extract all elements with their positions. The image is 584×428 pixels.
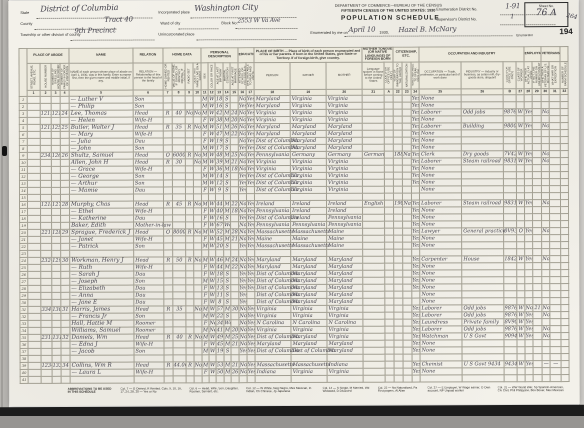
cell (393, 95, 402, 102)
cell (385, 221, 394, 228)
column-header: CLASS OF WORKER (516, 62, 524, 89)
cell (402, 144, 411, 151)
cell (525, 241, 533, 248)
cell (52, 299, 61, 306)
cell (52, 271, 61, 278)
cell (532, 122, 541, 129)
cell: F (202, 271, 209, 278)
ward-value: Tract 40 (104, 15, 133, 24)
cell: W (517, 333, 525, 340)
cell (60, 166, 69, 173)
cell: Yes (412, 312, 420, 319)
cell: F (202, 320, 209, 327)
row-number: 12 (569, 171, 570, 178)
cell: 44 (216, 201, 224, 208)
cell (363, 172, 385, 179)
cell (185, 159, 193, 166)
cell (403, 291, 412, 298)
cell: 15 (216, 278, 224, 285)
row-number: 33 (20, 320, 28, 327)
cell (363, 319, 385, 326)
cell (549, 101, 560, 108)
cell (533, 269, 542, 276)
cell: Dist of Columbia (255, 347, 291, 354)
cell (41, 376, 52, 383)
cell: 12 (215, 180, 223, 187)
row-number: 19 (569, 220, 570, 227)
cell: No (238, 158, 246, 165)
row-number: 17 (569, 206, 570, 213)
cell (28, 369, 41, 376)
cell (550, 157, 561, 164)
cell: M (224, 264, 231, 271)
cell (164, 250, 173, 257)
cell: R (185, 201, 193, 208)
cell: 22 (231, 201, 239, 208)
cell: Yes (239, 291, 247, 298)
cell (40, 187, 51, 194)
cell: Yes (246, 151, 254, 158)
cell (384, 123, 393, 130)
cell: Yes (247, 235, 255, 242)
cell (185, 138, 193, 145)
cell: Yes (412, 172, 420, 179)
cell (60, 103, 69, 110)
cell (549, 122, 560, 129)
cell (362, 130, 384, 137)
cell (561, 297, 569, 304)
cell: Dist of Columbia (255, 333, 291, 340)
cell: 51 (215, 124, 223, 131)
cell (533, 374, 542, 381)
cell (28, 257, 41, 264)
enumerator-line (344, 34, 512, 37)
cell (52, 313, 61, 320)
cell (173, 369, 186, 376)
cell (504, 298, 517, 305)
cell: Yes (412, 242, 420, 249)
cell (525, 206, 533, 213)
cell (403, 263, 412, 270)
cell (363, 326, 385, 333)
cell (27, 187, 40, 194)
cell: No (239, 368, 247, 375)
cell: No (239, 326, 247, 333)
cell (52, 236, 61, 243)
cell: 13 (216, 285, 224, 292)
cell: No (238, 130, 246, 137)
cell: F (202, 299, 209, 306)
column-group-header (560, 47, 568, 62)
cell: R (186, 362, 194, 369)
cell (363, 249, 385, 256)
column-header: FATHER (290, 62, 326, 89)
cell (51, 159, 60, 166)
cell: M (224, 201, 231, 208)
township-value: 9th Precinct (74, 26, 115, 35)
cell (542, 374, 550, 381)
cell: F (202, 236, 209, 243)
cell: W (208, 145, 215, 152)
cell (533, 255, 542, 262)
cell (363, 298, 385, 305)
cell: Yes (239, 179, 247, 186)
cell: Yes (246, 144, 254, 151)
cell: Yes (412, 270, 420, 277)
cell (41, 292, 52, 299)
cell (193, 103, 201, 110)
cell (51, 166, 60, 173)
cell: No (194, 257, 202, 264)
cell: M (223, 152, 230, 159)
cell: 29 (61, 229, 70, 236)
cell (163, 117, 172, 124)
cell (163, 173, 172, 180)
cell: S (224, 299, 231, 306)
cell: 45 (216, 341, 224, 348)
cell (193, 180, 201, 187)
cell: M (223, 159, 230, 166)
cell (394, 305, 403, 312)
cell (542, 262, 550, 269)
cell (541, 129, 549, 136)
cell: No (193, 110, 201, 117)
cell: Yes (247, 312, 255, 319)
cell (385, 193, 394, 200)
cell (363, 263, 385, 270)
footer-legend-block: Col. 31 — WW World War, Sp Spanish-Ameri… (498, 386, 568, 401)
cell: W (209, 208, 216, 215)
cell (194, 348, 202, 355)
column-header: CODE (FOR OFFICE USE ONLY) (384, 62, 393, 89)
cell: Dist of Columbia (255, 291, 291, 298)
row-number: 13 (569, 178, 570, 185)
row-number: 15 (19, 194, 27, 201)
population-schedule-table: PLACE OF ABODENAMERELATIONHOME DATAPERSO… (18, 46, 569, 384)
column-header: NUMBER OF FARM SCHEDULE (560, 61, 568, 88)
township-line (70, 38, 154, 40)
cell: No (238, 95, 246, 102)
cell (560, 94, 568, 101)
cell: 9876 (504, 326, 517, 333)
column-header: STREET, AVENUE, ROAD, ETC. (27, 63, 40, 90)
cell (363, 305, 385, 312)
row-number: 23 (20, 250, 28, 257)
cell (173, 285, 186, 292)
cell: 133 (52, 362, 61, 369)
incorporated-place-value: Washington City (194, 3, 258, 13)
cell (561, 171, 569, 178)
cell: 21 (231, 236, 239, 243)
column-header: NUMBER OF FAMILY IN ORDER OF VISITATION (60, 63, 69, 90)
cell: 131 (52, 334, 61, 341)
cell (560, 115, 568, 122)
cell: No (194, 334, 202, 341)
cell (61, 292, 70, 299)
column-header: NUMBER OF DWELLING HOUSE IN ORDER OF VIS… (51, 63, 60, 90)
cell (164, 348, 173, 355)
cell: M (223, 131, 230, 138)
cell (549, 143, 560, 150)
cell (525, 185, 533, 192)
cell (403, 242, 412, 249)
row-number: 33 (569, 318, 570, 325)
cell: 30 (61, 257, 70, 264)
cell (525, 164, 533, 171)
cell (403, 172, 412, 179)
cell (51, 103, 60, 110)
cell (560, 129, 568, 136)
cell (403, 361, 412, 368)
cell: 9094 (504, 333, 517, 340)
row-number: 11 (19, 166, 27, 173)
cell (550, 234, 561, 241)
row-number-header (19, 48, 27, 96)
cell (27, 117, 40, 124)
cell: No (542, 304, 550, 311)
cell (231, 243, 239, 250)
column-header: AGE AT FIRST MARRIAGE (230, 63, 238, 90)
cell (533, 262, 542, 269)
cell: 22 (231, 264, 239, 271)
column-header: AGE AT LAST BIRTHDAY (215, 63, 223, 90)
cell (516, 137, 524, 144)
cell (194, 299, 202, 306)
cell: Yes (411, 109, 419, 116)
cell (403, 284, 412, 291)
cell (517, 354, 525, 361)
cell (542, 318, 550, 325)
cell (194, 243, 202, 250)
cell (560, 143, 568, 150)
cell: Massachusetts (291, 361, 327, 368)
cell: Yes (524, 122, 532, 129)
cell (561, 150, 569, 157)
cell: 35 (172, 124, 185, 131)
cell (52, 327, 61, 334)
cell: Yes (525, 332, 533, 339)
cell (231, 271, 239, 278)
cell (193, 96, 201, 103)
cell (41, 250, 52, 257)
cell (550, 304, 561, 311)
cell (40, 194, 51, 201)
cell (41, 313, 52, 320)
cell (394, 207, 403, 214)
cell: No (542, 325, 550, 332)
cell (504, 270, 517, 277)
cell: S (224, 292, 231, 299)
cell (41, 278, 52, 285)
cell (173, 376, 186, 383)
cell: O (517, 228, 525, 235)
cell (394, 333, 403, 340)
cell: M (224, 257, 231, 264)
cell: W (209, 278, 216, 285)
cell (363, 277, 385, 284)
cell: W (208, 187, 215, 194)
cell: 9876 (504, 305, 517, 312)
cell (52, 264, 61, 271)
cell (51, 117, 60, 124)
cell (517, 179, 525, 186)
cell (52, 285, 61, 292)
cell (561, 213, 569, 220)
cell (550, 367, 561, 374)
cell: 36 (215, 166, 223, 173)
cell: 22 (216, 313, 224, 320)
cell (60, 159, 69, 166)
cell (516, 102, 524, 109)
cell (504, 284, 517, 291)
cell: Yes (412, 200, 420, 207)
cell (393, 109, 402, 116)
cell (385, 242, 394, 249)
cell (503, 116, 516, 123)
cell (40, 117, 51, 124)
cell (185, 180, 193, 187)
cell: 39 (215, 159, 223, 166)
cell: U S Govt 9434 (462, 361, 504, 368)
cell: No (238, 109, 246, 116)
cell (163, 194, 172, 201)
cell: Yes (412, 228, 420, 235)
cell (172, 138, 185, 145)
cell (363, 207, 385, 214)
cell (517, 214, 525, 221)
cell (27, 138, 40, 145)
cell: Dist of Columbia (255, 277, 291, 284)
cell (173, 250, 186, 257)
cell (40, 138, 51, 145)
ward-line (178, 27, 218, 29)
cell: 9800 (503, 123, 516, 130)
cell: F (201, 138, 208, 145)
cell (394, 263, 403, 270)
cell: Yes (411, 102, 419, 109)
cell (533, 164, 542, 171)
cell (412, 354, 420, 361)
cell (172, 131, 185, 138)
cell: W (209, 285, 216, 292)
cell (231, 215, 239, 222)
cell (231, 299, 239, 306)
cell: M (202, 334, 209, 341)
row-number: 13 (19, 180, 27, 187)
cell: 9831 (504, 200, 517, 207)
cell (172, 187, 185, 194)
cell: Yes (411, 123, 419, 130)
cell: Massachusetts (291, 242, 327, 249)
column-group-header: RELATION (133, 48, 163, 63)
cell (532, 150, 541, 157)
cell: Yes (412, 347, 420, 354)
cell (524, 115, 532, 122)
cell: Dist of Columbia (255, 270, 291, 277)
column-group-header: HOME DATA (163, 48, 201, 63)
cell: 20 (230, 117, 238, 124)
cell (28, 215, 41, 222)
cell (533, 213, 542, 220)
column-header: OCCUPATION — Trade, profession, or parti… (419, 62, 461, 89)
cell (247, 186, 255, 193)
cell (385, 214, 394, 221)
cell (542, 234, 550, 241)
cell (164, 320, 173, 327)
cell (52, 278, 61, 285)
cell (550, 353, 561, 360)
cell (216, 355, 224, 362)
cell (394, 228, 403, 235)
cell: W (208, 110, 215, 117)
cell: R (186, 334, 194, 341)
cell (61, 285, 70, 292)
cell: Dist of Columbia (255, 214, 291, 221)
cell (504, 291, 517, 298)
column-group-header: CITIZENSHIP, ETC. (393, 47, 419, 62)
cell: No (239, 256, 247, 263)
cell: Na (402, 151, 411, 158)
cell: Yes (412, 305, 420, 312)
cell: Yes (525, 227, 533, 234)
cell (550, 171, 561, 178)
cell (163, 180, 172, 187)
cell: W (517, 326, 525, 333)
cell (194, 327, 202, 334)
cell (51, 194, 60, 201)
cell (420, 375, 462, 382)
cell: No (542, 199, 550, 206)
cell: Yes (412, 277, 420, 284)
ward-label: Ward of city (160, 21, 180, 25)
cell (525, 213, 533, 220)
cell (362, 102, 384, 109)
cell (561, 269, 569, 276)
cell: Pennsylvania (327, 214, 363, 221)
cell (363, 165, 385, 172)
cell: F (201, 187, 208, 194)
cell (550, 255, 561, 262)
cell: 25 (231, 334, 239, 341)
cell (542, 178, 550, 185)
cell (384, 109, 393, 116)
table-row: 4141 (20, 374, 570, 383)
cell (403, 270, 412, 277)
cell (393, 130, 402, 137)
cell: No (239, 263, 247, 270)
cell (164, 243, 173, 250)
cell: R (163, 159, 172, 166)
cell: Dist of Columbia (255, 284, 291, 291)
cell (403, 256, 412, 263)
cell (549, 115, 560, 122)
cell (164, 313, 173, 320)
cell (224, 355, 231, 362)
cell (516, 116, 524, 123)
cell (247, 298, 255, 305)
cell (542, 164, 550, 171)
cell (394, 368, 403, 375)
cell (52, 250, 61, 257)
cell (362, 144, 384, 151)
cell: Yes (247, 256, 255, 263)
cell (403, 333, 412, 340)
cell (542, 171, 550, 178)
row-number: 21 (20, 236, 28, 243)
cell (516, 95, 524, 102)
column-header: NAME of each person whose place of abode… (69, 63, 133, 90)
cell: Pennsylvania (291, 221, 327, 228)
